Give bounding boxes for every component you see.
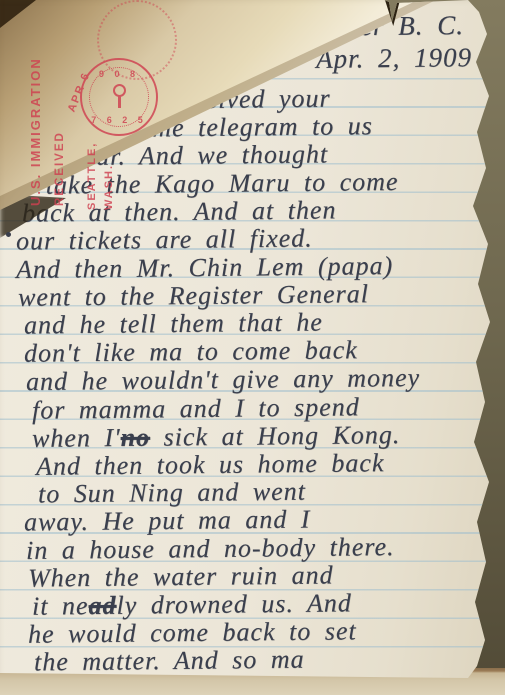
stamp-ring-digits-bottom: 7 6 2 5: [82, 115, 156, 125]
manuscript-line: to Sun Ning and went: [38, 478, 306, 509]
letter-photo: Vancover B. C. Apr. 2, 1909 Dear Sirs. W…: [0, 0, 505, 695]
manuscript-line: in a house and no-body there.: [26, 533, 395, 565]
letter-page: Vancover B. C. Apr. 2, 1909 Dear Sirs. W…: [0, 0, 505, 695]
line-pre: when I': [32, 423, 121, 453]
ink-dot: [6, 232, 11, 237]
stamp-received-text: RECEIVED: [54, 112, 66, 206]
manuscript-line: and he tell them that he: [24, 308, 323, 339]
stamp-agency-text: U.S. IMMIGRATION: [28, 56, 43, 206]
struck-word: ad: [88, 591, 116, 620]
line-post: ly drowned us. And: [116, 588, 352, 619]
date-line: Apr. 2, 1909: [316, 43, 472, 73]
manuscript-line: away. He put ma and I: [24, 506, 311, 537]
manuscript-line: the matter. And so ma: [34, 646, 305, 677]
round-stamp: 9 0 8 7 6 2 5: [80, 58, 158, 136]
stamp-ring-digits-top: 9 0 8: [82, 69, 156, 79]
stamp-state-text: WASH.: [103, 150, 115, 210]
line-pre: it ne: [32, 591, 89, 621]
immigration-stamp: U.S. IMMIGRATION RECEIVED APR 6 SEATTLE,…: [0, 0, 220, 230]
manuscript-line: he would come back to set: [28, 617, 357, 648]
line-post: sick at Hong Kong.: [150, 420, 401, 452]
manuscript-line: and he wouldn't give any money: [26, 364, 420, 396]
manuscript-line: And then took us home back: [36, 449, 385, 481]
key-seal-icon: [113, 84, 126, 97]
struck-word: no: [120, 423, 150, 452]
stamp-city-text: SEATTLE,: [86, 126, 98, 210]
manuscript-line: don't like ma to come back: [24, 336, 358, 367]
manuscript-line: When the water ruin and: [28, 561, 334, 592]
